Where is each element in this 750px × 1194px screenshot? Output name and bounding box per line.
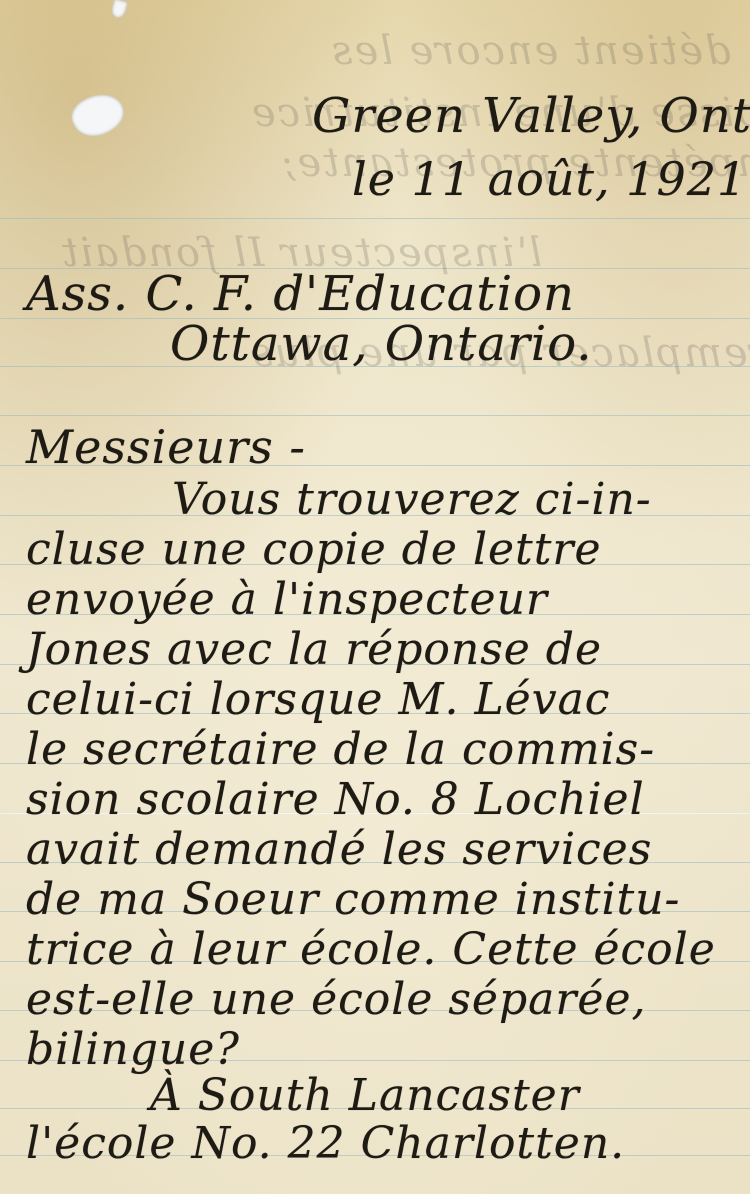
body-line: de ma Soeur comme institu- <box>26 874 680 925</box>
ruled-line <box>0 415 750 416</box>
body-line: bilingue? <box>26 1024 240 1075</box>
body-line: Vous trouverez ci-in- <box>172 474 652 525</box>
body-line: l'école No. 22 Charlotten. <box>26 1118 625 1169</box>
letter-page: lorsqu détient encore les paroisse d'une… <box>0 0 750 1194</box>
body-line: celui-ci lorsque M. Lévac <box>26 674 610 725</box>
body-line: le secrétaire de la commis- <box>26 724 655 775</box>
body-line: trice à leur école. Cette école <box>26 924 716 975</box>
body-line: est-elle une école séparée, <box>26 974 646 1025</box>
letter-date: le 11 août, 1921. <box>352 152 750 206</box>
body-line: envoyée à l'inspecteur <box>26 574 548 625</box>
show-through-text: lorsqu détient encore les <box>330 28 750 74</box>
recipient-line-1: Ass. C. F. d'Education <box>26 266 575 322</box>
body-line: sion scolaire No. 8 Lochiel <box>26 774 645 825</box>
ruled-line <box>0 218 750 219</box>
paper-tear <box>110 0 128 20</box>
letter-place: Green Valley, Ont. <box>312 88 750 144</box>
salutation: Messieurs - <box>26 420 306 474</box>
body-line: À South Lancaster <box>150 1070 580 1121</box>
body-line: Jones avec la réponse de <box>26 624 602 675</box>
body-line: avait demandé les services <box>26 824 652 875</box>
body-line: cluse une copie de lettre <box>26 524 602 575</box>
paper-hole <box>66 85 131 145</box>
recipient-line-2: Ottawa, Ontario. <box>170 316 593 372</box>
